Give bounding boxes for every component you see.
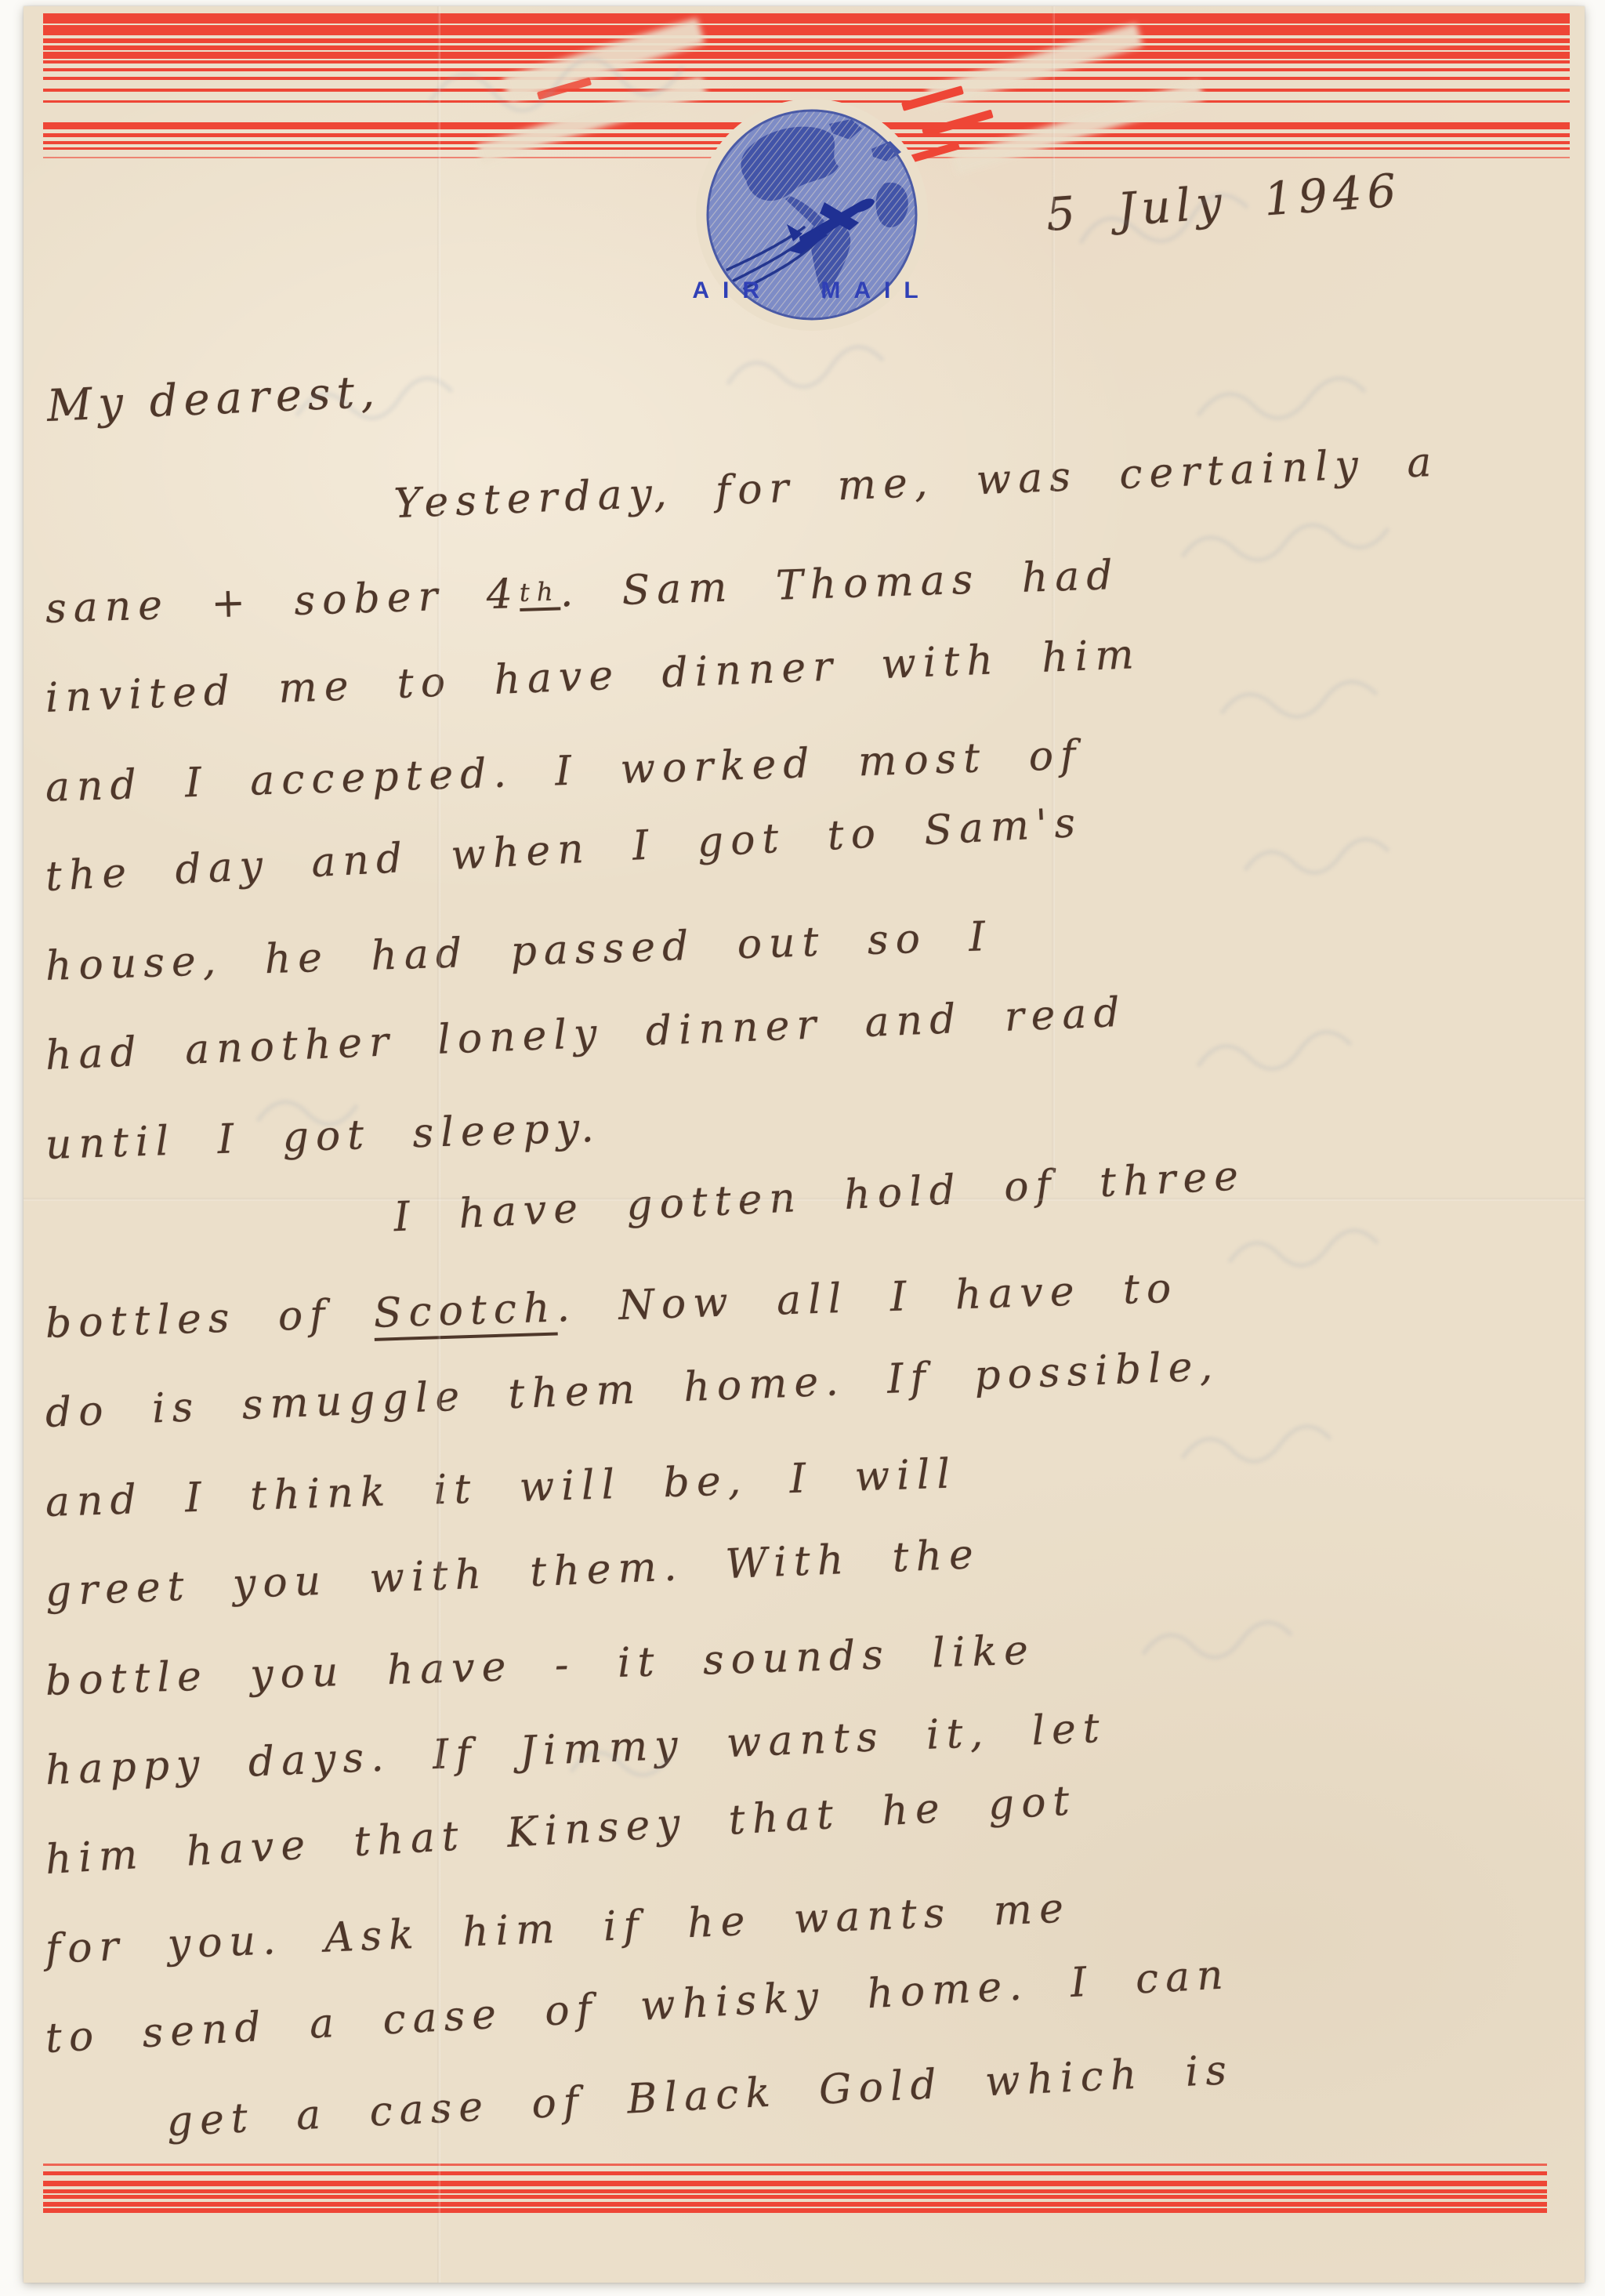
- scanned-letter: AIR MAIL 5 July 1946 My dearest, Yesterd…: [0, 0, 1605, 2296]
- bleed-through-ghost-writing: [24, 6, 1585, 2283]
- letter-paper: AIR MAIL 5 July 1946 My dearest, Yesterd…: [24, 6, 1585, 2283]
